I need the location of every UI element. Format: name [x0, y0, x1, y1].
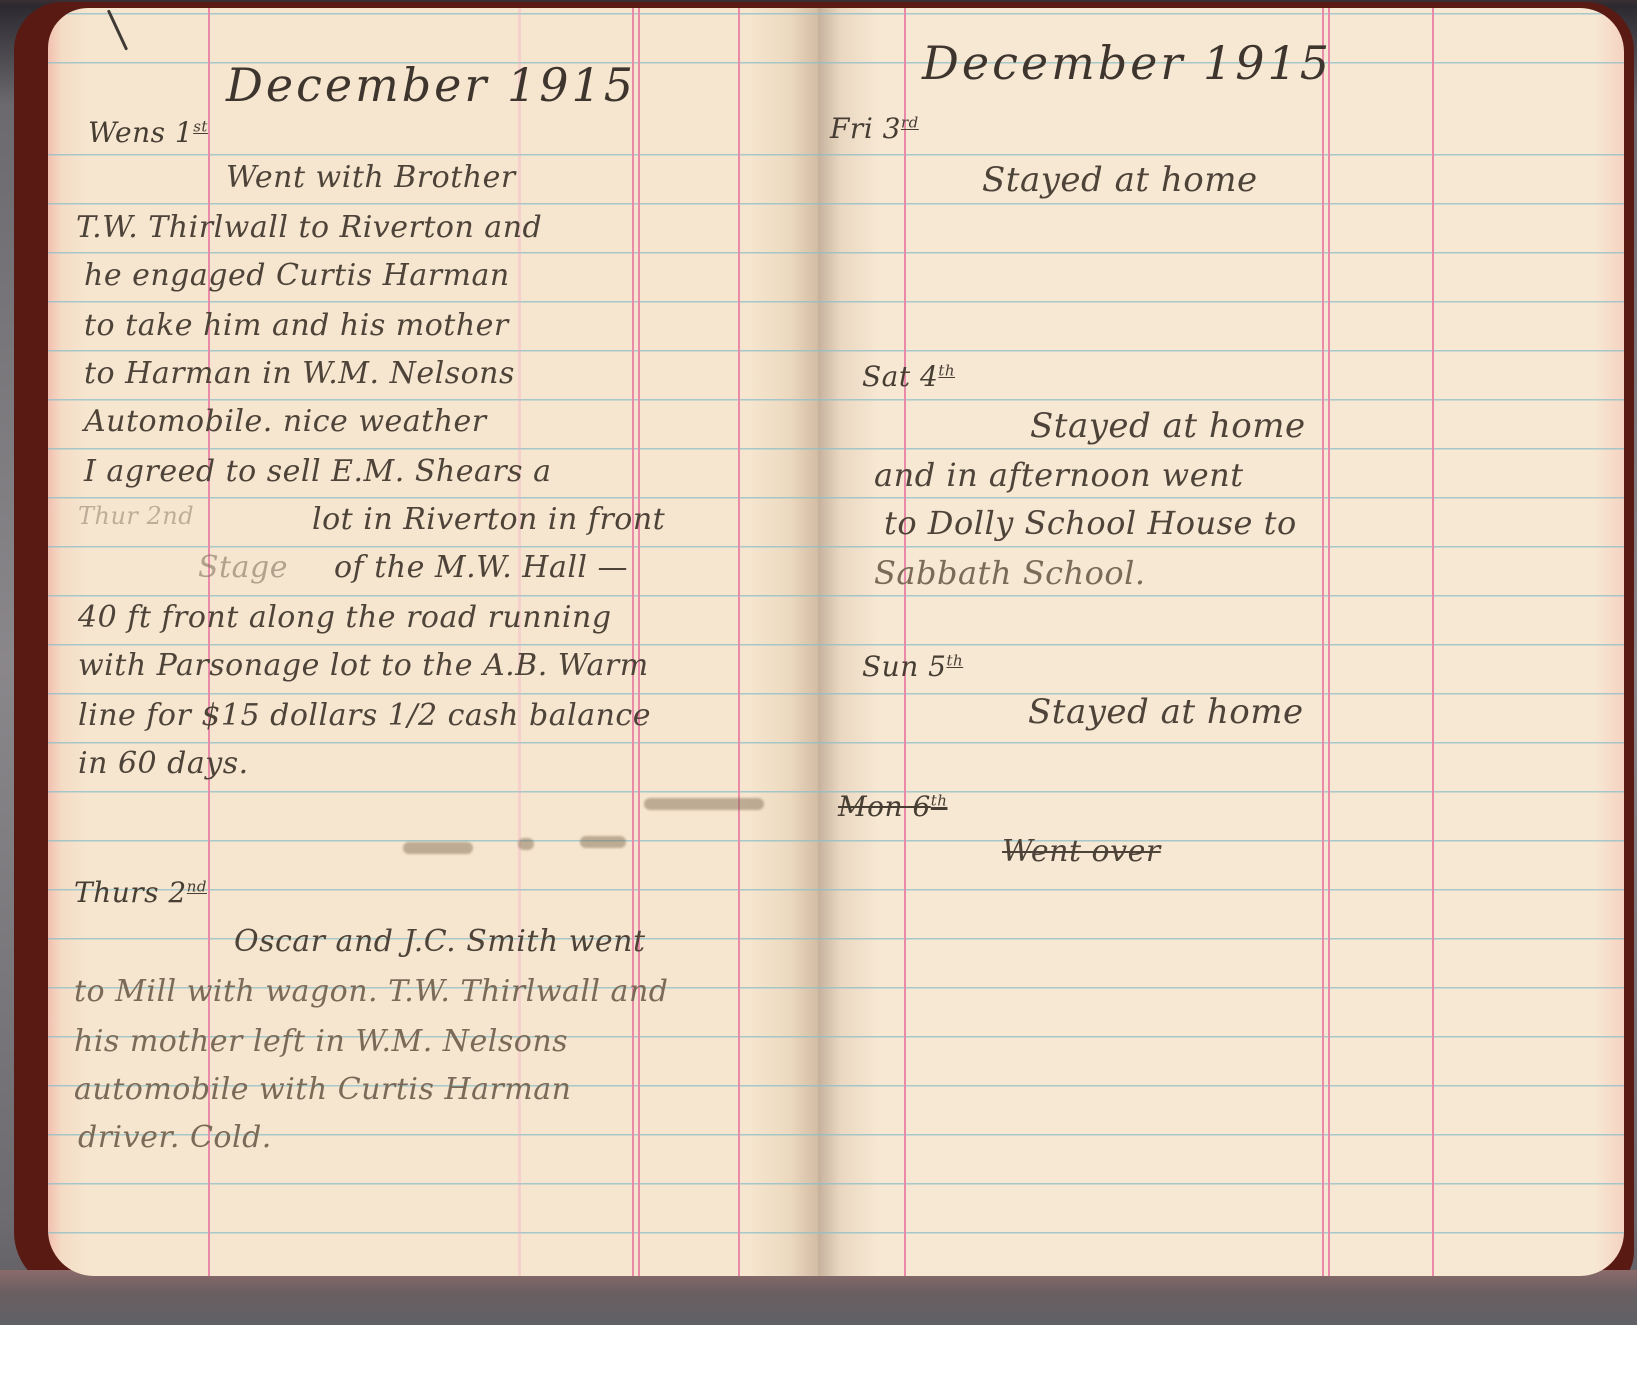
ink-smudge — [580, 836, 626, 848]
day-label: Thurs 2nd — [74, 876, 207, 909]
day-label-struck: Mon 6th — [838, 790, 947, 823]
day-label: Fri 3rd — [830, 112, 919, 145]
entry-line: I agreed to sell E.M. Shears a — [84, 454, 552, 489]
entry-line: to Harman in W.M. Nelsons — [84, 356, 515, 391]
entry-line: Automobile. nice weather — [84, 404, 487, 439]
entry-line: Stayed at home — [982, 160, 1258, 200]
entry-line: with Parsonage lot to the A.B. Warm — [78, 648, 649, 683]
day-label-text: Sun 5 — [862, 650, 946, 683]
day-suffix: th — [946, 652, 963, 670]
entry-line: lot in Riverton in front — [312, 502, 665, 537]
day-label-text: Sat 4 — [862, 360, 938, 393]
page-heading: December 1915 — [922, 36, 1332, 90]
ink-smudge — [518, 838, 534, 850]
ink-stroke — [107, 9, 128, 50]
day-label: Sun 5th — [862, 650, 963, 683]
ink-smudge — [644, 798, 764, 810]
entry-line: Sabbath School. — [874, 554, 1146, 592]
entry-line: driver. Cold. — [78, 1120, 272, 1155]
right-page: December 1915 Fri 3rd Stayed at home Sat… — [818, 8, 1624, 1276]
entry-line: automobile with Curtis Harman — [74, 1072, 571, 1107]
column-line — [638, 8, 640, 1276]
margin-line — [904, 8, 906, 1276]
entry-line: Went with Brother — [226, 160, 516, 195]
day-label-text: Wens 1 — [88, 116, 193, 149]
column-line — [632, 8, 634, 1276]
entry-line: and in afternoon went — [874, 456, 1244, 494]
column-line — [1432, 8, 1434, 1276]
day-suffix: th — [938, 362, 955, 380]
day-suffix: th — [931, 792, 948, 810]
entry-line: of the M.W. Hall — — [334, 550, 628, 585]
entry-line: in 60 days. — [78, 746, 249, 781]
day-suffix: nd — [187, 878, 207, 896]
sleeve-bottom-edge — [0, 1270, 1637, 1325]
entry-line: T.W. Thirlwall to Riverton and — [76, 210, 542, 245]
day-label: Wens 1st — [88, 116, 208, 149]
column-line — [1328, 8, 1330, 1276]
page-heading: December 1915 — [226, 58, 636, 112]
entry-line: his mother left in W.M. Nelsons — [74, 1024, 568, 1059]
column-line — [738, 8, 740, 1276]
entry-line: 40 ft front along the road running — [78, 600, 612, 635]
bleed-through-text: Thur 2nd — [78, 502, 194, 530]
day-suffix: rd — [901, 114, 919, 132]
entry-line: Oscar and J.C. Smith went — [234, 924, 646, 959]
entry-line: to take him and his mother — [84, 308, 509, 343]
entry-line: line for $15 dollars 1/2 cash balance — [78, 698, 651, 733]
day-label-text: Thurs 2 — [74, 876, 187, 909]
entry-line: Stayed at home — [1028, 692, 1304, 732]
entry-line: to Dolly School House to — [884, 504, 1297, 542]
entry-line: he engaged Curtis Harman — [84, 258, 510, 293]
column-line — [1322, 8, 1324, 1276]
bleed-through-text: Stage — [198, 550, 288, 585]
entry-line: to Mill with wagon. T.W. Thirlwall and — [74, 974, 668, 1009]
day-label-text: Mon 6 — [838, 790, 931, 823]
ink-smudge — [403, 842, 473, 854]
day-suffix: st — [193, 118, 208, 136]
entry-line-struck: Went over — [1002, 834, 1161, 869]
entry-line: Stayed at home — [1030, 406, 1306, 446]
left-page: December 1915 Wens 1st Went with Brother… — [48, 8, 818, 1276]
day-label-text: Fri 3 — [830, 112, 901, 145]
day-label: Sat 4th — [862, 360, 955, 393]
